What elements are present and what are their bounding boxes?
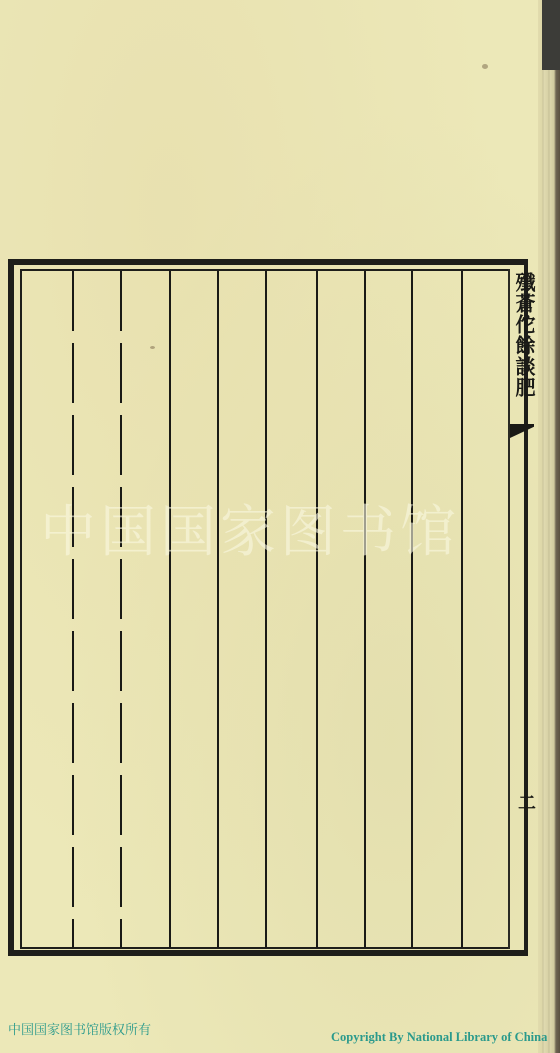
- copyright-en: Copyright By National Library of China: [331, 1030, 547, 1045]
- column-line: [72, 271, 74, 948]
- column-line: [411, 271, 413, 948]
- column-line: [265, 271, 267, 948]
- page-edge: [538, 0, 560, 1053]
- column-line: [364, 271, 366, 948]
- column-line: [120, 271, 122, 948]
- page-edge-shadow: [542, 0, 560, 70]
- watermark: 中国国家图书馆: [40, 488, 520, 568]
- paper-speck: [482, 64, 488, 69]
- column-line: [217, 271, 219, 948]
- page-number: 二: [518, 793, 538, 811]
- inner-border: [20, 269, 508, 949]
- column-line: [316, 271, 318, 948]
- column-line: [461, 271, 463, 948]
- column-line: [169, 271, 171, 948]
- copyright-cn: 中国国家图书馆版权所有: [8, 1019, 151, 1038]
- banxin-border: [508, 269, 510, 949]
- book-title: 殲蒼佗餘談肥: [513, 272, 535, 398]
